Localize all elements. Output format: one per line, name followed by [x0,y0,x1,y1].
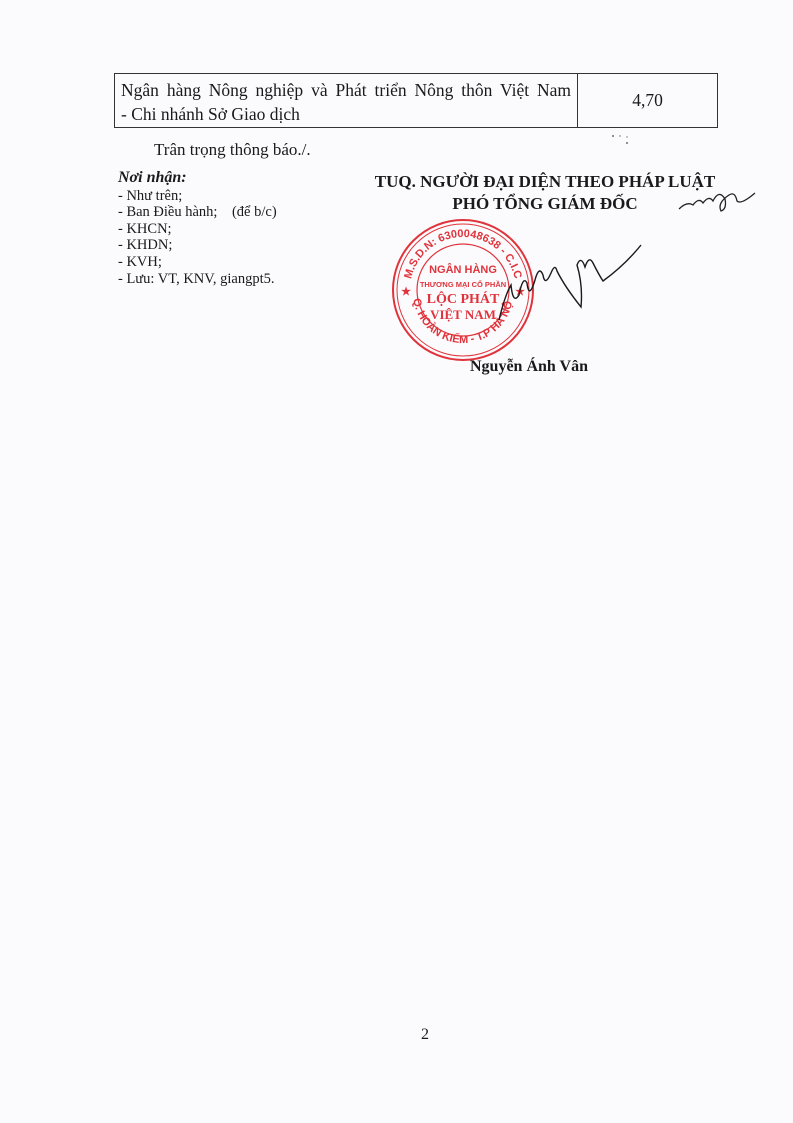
bank-name-line2: - Chi nhánh Sở Giao dịch [121,104,300,124]
bank-name-cell: Ngân hàng Nông nghiệp và Phát triển Nông… [115,74,578,127]
recipient-item: - KHCN; [118,221,277,238]
svg-text:NGÂN HÀNG: NGÂN HÀNG [429,263,497,276]
scan-specks [610,133,640,145]
bank-name-line1: Ngân hàng Nông nghiệp và Phát triển Nông… [121,78,571,102]
recipients-title: Nơi nhận: [118,170,277,187]
recipient-item: - Như trên; [118,188,277,205]
handwritten-signature [495,225,645,330]
rate-value-cell: 4,70 [578,74,717,127]
page-number: 2 [0,1026,793,1044]
interest-rate-table: Ngân hàng Nông nghiệp và Phát triển Nông… [114,73,718,128]
svg-text:THƯƠNG MẠI CỔ PHẦN: THƯƠNG MẠI CỔ PHẦN [420,279,506,289]
recipient-item: - Ban Điều hành; (để b/c) [118,204,277,221]
recipient-item: - KHDN; [118,237,277,254]
signer-name: Nguyễn Ánh Vân [470,358,588,376]
recipients-block: Nơi nhận: - Như trên; - Ban Điều hành; (… [118,170,277,287]
recipient-item: - KVH; [118,254,277,271]
closing-line: Trân trọng thông báo./. [154,140,311,160]
recipient-item: - Lưu: VT, KNV, giangpt5. [118,271,277,288]
svg-text:LỘC PHÁT: LỘC PHÁT [427,290,500,307]
initials-mark [675,185,760,215]
svg-text:VIỆT NAM: VIỆT NAM [430,307,496,322]
svg-text:★: ★ [401,286,411,298]
